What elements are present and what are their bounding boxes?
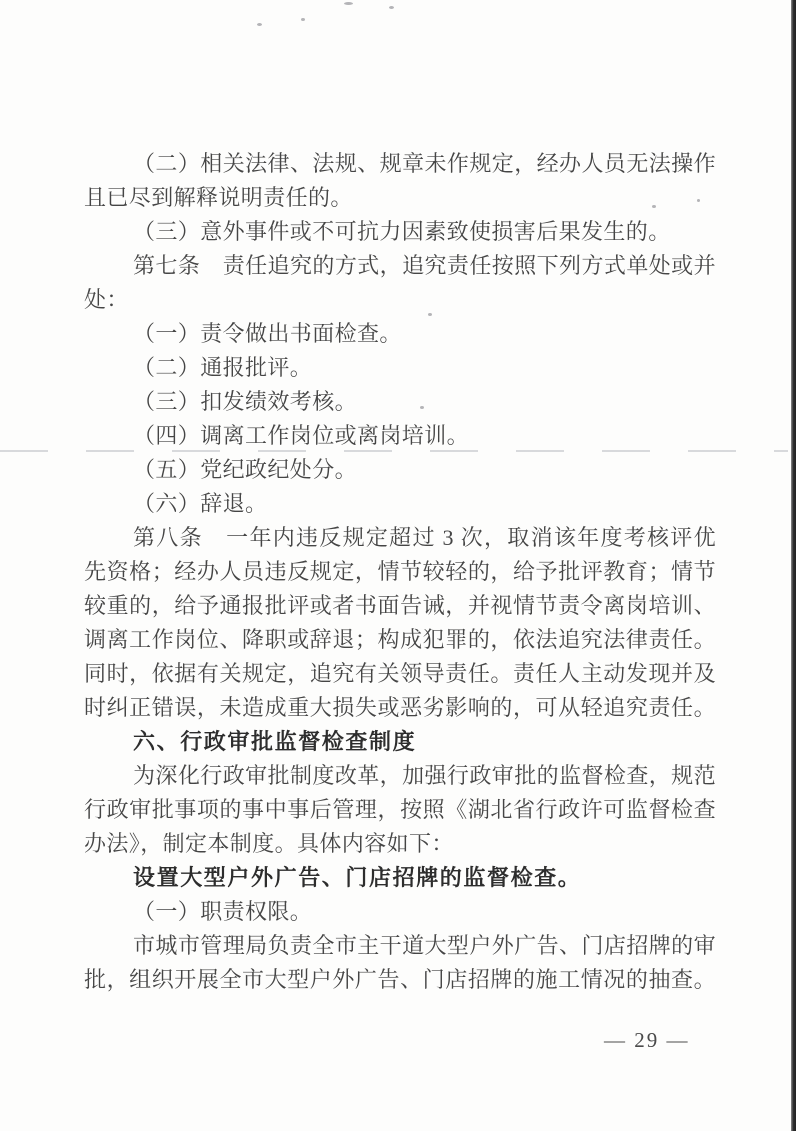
- text-line-17: 时纠正错误，未造成重大损失或恶劣影响的，可从轻追究责任。: [84, 691, 716, 725]
- text-line-11: （六）辞退。: [84, 487, 716, 521]
- text-line-7: （二）通报批评。: [84, 351, 716, 385]
- text-line-2: 且已尽到解释说明责任的。: [84, 181, 716, 215]
- scan-speck: [389, 6, 394, 9]
- text-line-19: 为深化行政审批制度改革，加强行政审批的监督检查，规范: [84, 759, 716, 793]
- scan-edge-line: [791, 0, 796, 1131]
- text-line-5: 处：: [84, 283, 716, 317]
- text-line-13: 先资格；经办人员违反规定，情节较轻的，给予批评教育；情节: [84, 555, 716, 589]
- scan-speck: [301, 18, 305, 21]
- text-line-1: （二）相关法律、法规、规章未作规定，经办人员无法操作: [84, 147, 716, 181]
- scanned-document-page: （二）相关法律、法规、规章未作规定，经办人员无法操作且已尽到解释说明责任的。（三…: [0, 0, 800, 1131]
- text-line-24: 市城市管理局负责全市主干道大型户外广告、门店招牌的审: [84, 929, 716, 963]
- text-line-3: （三）意外事件或不可抗力因素致使损害后果发生的。: [84, 215, 716, 249]
- text-line-4: 第七条 责任追究的方式，追究责任按照下列方式单处或并: [84, 249, 716, 283]
- text-line-25: 批，组织开展全市大型户外广告、门店招牌的施工情况的抽查。: [84, 963, 716, 997]
- scan-speck: [257, 23, 262, 26]
- page-number: — 29 —: [604, 1023, 724, 1057]
- text-line-10: （五）党纪政纪处分。: [84, 453, 716, 487]
- scan-speck: [344, 2, 353, 5]
- document-text: （二）相关法律、法规、规章未作规定，经办人员无法操作且已尽到解释说明责任的。（三…: [84, 147, 716, 997]
- text-line-23: （一）职责权限。: [84, 895, 716, 929]
- text-line-8: （三）扣发绩效考核。: [84, 385, 716, 419]
- text-line-14: 较重的，给予通报批评或者书面告诫，并视情节责令离岗培训、: [84, 589, 716, 623]
- text-line-20: 行政审批事项的事中事后管理，按照《湖北省行政许可监督检查: [84, 793, 716, 827]
- text-line-18: 六、行政审批监督检查制度: [84, 725, 716, 759]
- text-line-15: 调离工作岗位、降职或辞退；构成犯罪的，依法追究法律责任。: [84, 623, 716, 657]
- text-line-21: 办法》，制定本制度。具体内容如下：: [84, 827, 716, 861]
- text-line-9: （四）调离工作岗位或离岗培训。: [84, 419, 716, 453]
- text-line-6: （一）责令做出书面检查。: [84, 317, 716, 351]
- text-line-12: 第八条 一年内违反规定超过 3 次，取消该年度考核评优评: [84, 521, 716, 555]
- text-line-22: 设置大型户外广告、门店招牌的监督检查。: [84, 861, 716, 895]
- text-line-16: 同时，依据有关规定，追究有关领导责任。责任人主动发现并及: [84, 657, 716, 691]
